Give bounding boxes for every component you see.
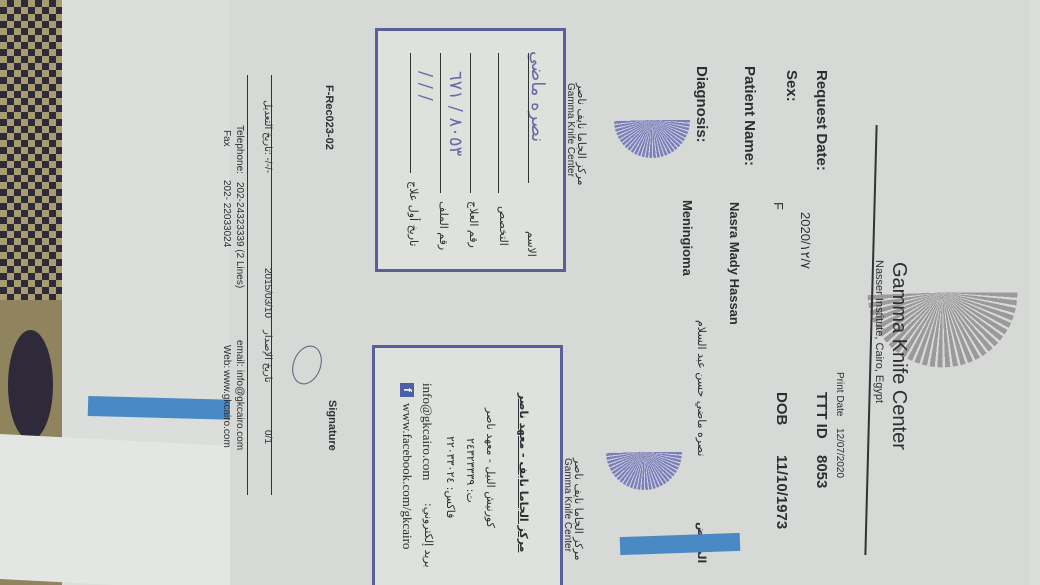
contact-title: مركز الجاما نايف - معهد ناصر — [517, 393, 530, 552]
diagnosis-value: Meningioma — [680, 200, 695, 276]
contact-card: مركز الجاما نايف ناصر Gamma Knife Center… — [372, 345, 563, 585]
card-label-first-treatment: تاريخ أول علاج — [407, 181, 420, 246]
sex-value: F — [771, 202, 786, 210]
telephone-value: 202-24323339 (2 Lines) — [234, 182, 245, 288]
fax-value: 202- 22033024 — [221, 180, 232, 247]
card-value-first-treatment: / / / — [415, 71, 436, 101]
dob-value: 11/10/1973 — [773, 455, 790, 529]
dob-label: DOB — [773, 392, 790, 425]
patient-name-value: Nasra Mady Hassan — [727, 202, 742, 325]
form-code: F-Rec023-02 — [323, 85, 335, 150]
ttt-id-value: 8053 — [813, 455, 830, 488]
issue-date: 2015/03/10 — [262, 268, 273, 318]
card-line-3 — [470, 53, 471, 193]
card-value-name: نصره ماضي — [527, 51, 548, 142]
card-line-5 — [410, 53, 411, 173]
signature-mark-icon — [287, 341, 327, 388]
patient-arabic-name: نصره ماضي حسن عبد السلام — [695, 320, 708, 456]
telephone-label: Telephone: — [234, 125, 245, 174]
contact-address: كورنيش النيل - معهد ناصر — [484, 408, 497, 528]
print-date-label: Print Date — [834, 372, 845, 416]
card-logo-en: Gamma Knife Center — [565, 83, 576, 177]
facebook-icon: f — [399, 383, 417, 397]
patient-card: مركز الجاما نايف ناصر Gamma Knife Center… — [375, 28, 566, 272]
card-logo-ar: مركز الجاما نايف ناصر — [575, 83, 588, 186]
web-label: Web: — [221, 345, 232, 368]
card-line-4 — [440, 53, 441, 193]
org-subtitle: Nasser Institute, Cairo, Egypt — [873, 260, 885, 403]
card-label-file-no: رقم الملف — [437, 201, 450, 250]
fax-label: Fax — [221, 130, 232, 147]
sex-label: Sex: — [783, 70, 800, 102]
request-date-value: 2020/١٢/٧ — [797, 212, 813, 269]
contact-email-label: بريد إلكتروني: — [422, 503, 435, 568]
amend-date: تاريخ التعديل: -/-/- — [262, 100, 273, 173]
card-line-1 — [528, 53, 529, 183]
signature-label: Signature — [326, 400, 338, 451]
footer-rule-left — [247, 75, 248, 495]
contact-phone: ت: ٢٤٣٢٣٣٣٩ — [464, 438, 477, 503]
contact-logo-ar: مركز الجاما نايف ناصر — [572, 458, 585, 561]
email-value: info@gkcairo.com — [234, 370, 245, 450]
card-value-file-no: ٨٠٥٣ / ٦٧١ — [445, 71, 466, 156]
gamma-knife-form: Gamma Knife Center Nasser Institute, Cai… — [230, 0, 1030, 585]
lower-paper-strip — [0, 434, 230, 585]
issue-date-label: تاريخ الإصدار — [262, 330, 273, 383]
print-date: 12/07/2020 — [834, 428, 845, 478]
contact-email[interactable]: info@gkcairo.com — [419, 383, 435, 481]
contact-facebook[interactable]: www.facebook.com/gkcairo — [399, 403, 415, 549]
contact-logo-en: Gamma Knife Center — [562, 458, 573, 552]
edition: 0/1 — [262, 430, 273, 444]
card-line-2 — [498, 53, 499, 193]
web-value: www.gkcairo.com — [221, 370, 232, 448]
card-label-name: الاسم — [525, 231, 538, 257]
ttt-id-label: TTT ID — [813, 392, 830, 439]
card-label-treatment-no: رقم العلاج — [467, 201, 480, 248]
card-label-specialty: التخصص — [497, 206, 510, 246]
diagnosis-label: Diagnosis: — [693, 66, 710, 143]
request-date-label: Request Date: — [813, 70, 830, 171]
org-name: Gamma Knife Center — [887, 262, 910, 450]
email-label: email: — [234, 340, 245, 367]
patient-name-label: Patient Name: — [741, 66, 758, 166]
contact-fax: فاكس: ٢٢٠٣٣٠٢٤ — [444, 436, 457, 518]
